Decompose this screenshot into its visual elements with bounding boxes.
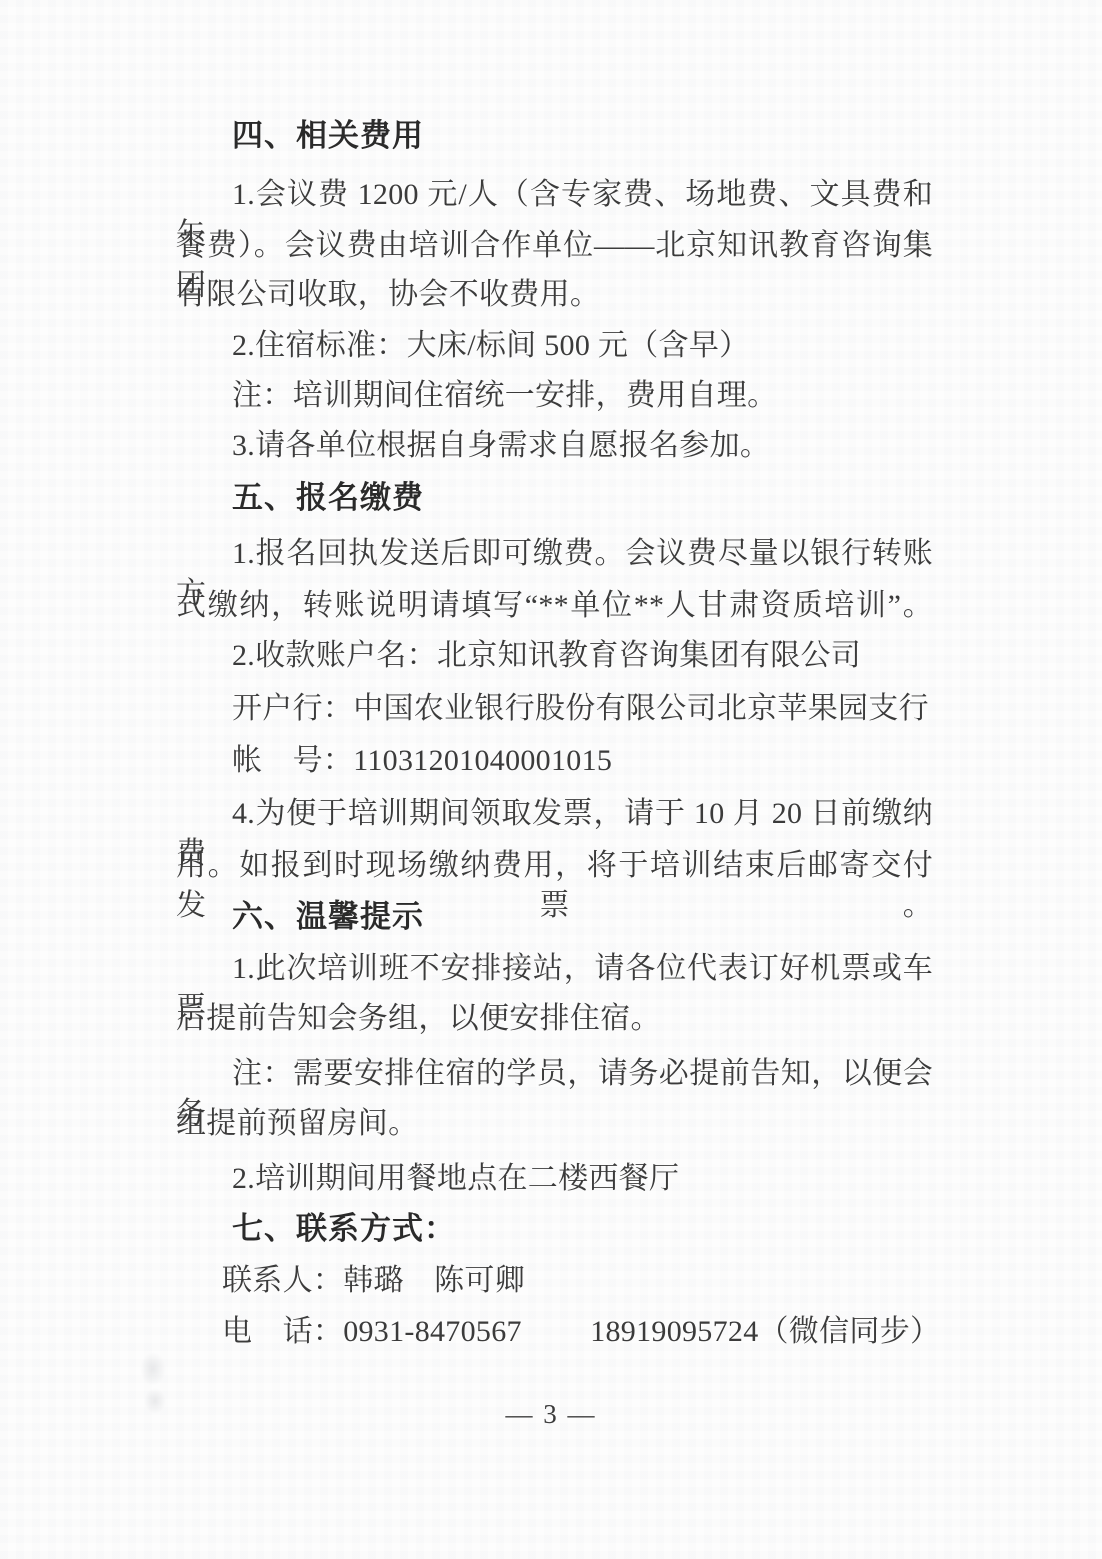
text-line: 有限公司收取，协会不收费用。 xyxy=(176,275,933,315)
text-line: 注：培训期间住宿统一安排，费用自理。 xyxy=(176,376,933,416)
text-line: 开户行：中国农业银行股份有限公司北京苹果园支行 xyxy=(176,689,933,729)
text-line: 2.收款账户名：北京知讯教育咨询集团有限公司 xyxy=(176,636,933,676)
text-line: 3.请各单位根据自身需求自愿报名参加。 xyxy=(176,426,933,466)
text-line: 2.培训期间用餐地点在二楼西餐厅 xyxy=(176,1159,933,1199)
section-heading: 四、相关费用 xyxy=(176,116,933,156)
text-line: 电 话：0931-8470567 18919095724（微信同步） xyxy=(176,1312,933,1352)
text-line: 帐 号：11031201040001015 xyxy=(176,741,933,781)
text-line: 联系人：韩璐 陈可卿 xyxy=(176,1261,933,1301)
section-heading: 七、联系方式： xyxy=(176,1209,933,1249)
section-heading: 五、报名缴费 xyxy=(176,478,933,518)
section-heading: 六、温馨提示 xyxy=(176,897,933,937)
scan-smudge xyxy=(140,1352,166,1386)
text-line: 2.住宿标准：大床/标间 500 元（含早） xyxy=(176,326,933,366)
scanned-document-page: 四、相关费用1.会议费 1200 元/人（含专家费、场地费、文具费和午餐费）。会… xyxy=(0,0,1102,1559)
text-line: 式缴纳，转账说明请填写“**单位**人甘肃资质培训”。 xyxy=(176,586,933,626)
page-number: — 3 — xyxy=(0,1396,1102,1432)
text-line: 组提前预留房间。 xyxy=(176,1104,933,1144)
text-line: 后提前告知会务组，以便安排住宿。 xyxy=(176,999,933,1039)
